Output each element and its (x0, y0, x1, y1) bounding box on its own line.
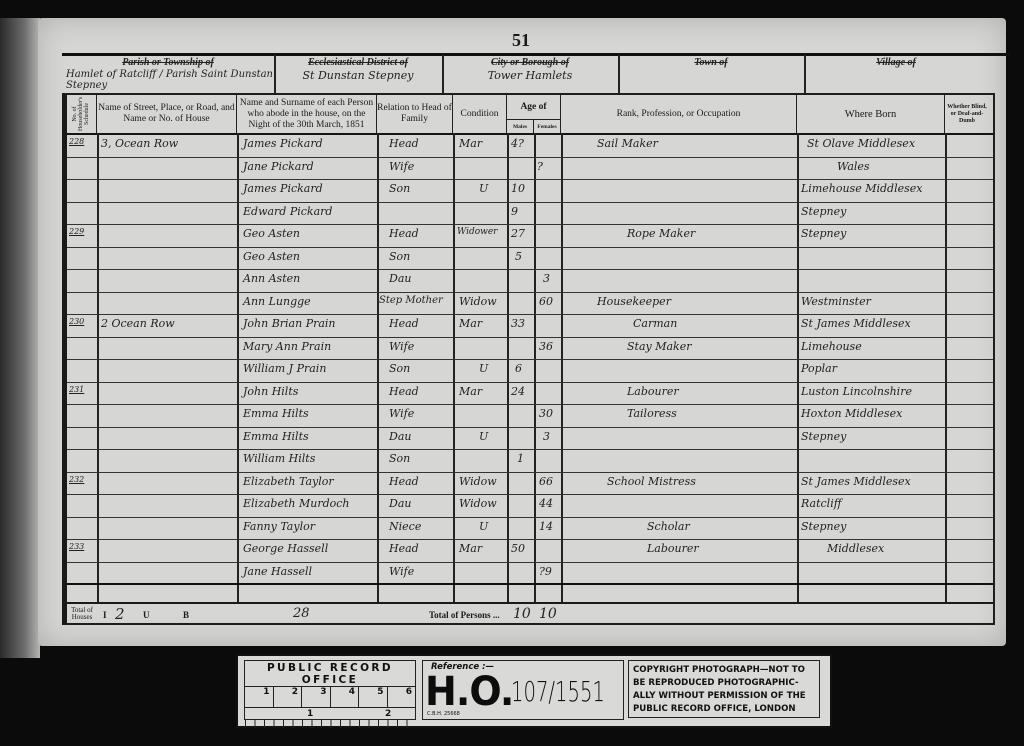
relation: Head (389, 385, 419, 398)
person-name: James Pickard (243, 137, 323, 150)
occupation: Carman (633, 317, 677, 330)
birthplace: Ratcliff (801, 497, 842, 510)
col-blind-header: Whether Blind, or Deaf-and-Dumb (945, 95, 989, 133)
public-record-office-stamp: PUBLIC RECORD OFFICE 1 2 3 4 5 6 1 2 Ref… (236, 654, 832, 728)
table-row: Emma Hilts Dau U 3 Stepney (67, 428, 993, 451)
birthplace: Stepney (801, 520, 846, 533)
ruler-mark: 2 (274, 687, 303, 707)
occupation: Rope Maker (627, 227, 695, 240)
table-row: Ann Asten Dau 3 (67, 270, 993, 293)
table-row: 233 George Hassell Head Mar 50 Labourer … (67, 540, 993, 563)
age-male: 27 (511, 227, 525, 240)
parish-box: Parish or Township of Hamlet of Ratcliff… (62, 55, 276, 93)
table-row: Geo Asten Son 5 (67, 248, 993, 271)
col-born-label: Where Born (845, 109, 897, 120)
relation: Son (389, 452, 410, 465)
ruler-mark: 5 (359, 687, 388, 707)
age-female: 60 (539, 295, 553, 308)
census-table: No. of Householder's Schedule Name of St… (62, 93, 995, 625)
col-condition-label: Condition (460, 109, 498, 120)
table-row: Emma Hilts Wife 30 Tailoress Hoxton Midd… (67, 405, 993, 428)
person-name: Elizabeth Taylor (243, 475, 334, 488)
col-occupation-label: Rank, Profession, or Occupation (617, 109, 741, 120)
cbh-code: C.B.H. 25668 (427, 711, 460, 717)
table-row: 228 3, Ocean Row James Pickard Head Mar … (67, 135, 993, 158)
person-name: Jane Hassell (243, 565, 312, 578)
person-name: Jane Pickard (243, 160, 314, 173)
col-blind-label: Whether Blind, or Deaf-and-Dumb (945, 104, 989, 125)
birthplace: Stepney (801, 227, 846, 240)
col-relation-label: Relation to Head of Family (377, 103, 452, 125)
table-row: 230 2 Ocean Row John Brian Prain Head Ma… (67, 315, 993, 338)
age-male: 10 (511, 182, 525, 195)
table-row: Elizabeth Murdoch Dau Widow 44 Ratcliff (67, 495, 993, 518)
relation: Wife (389, 160, 414, 173)
birthplace: Limehouse (801, 340, 862, 353)
table-row: Fanny Taylor Niece U 14 Scholar Stepney (67, 518, 993, 541)
series-code: H.O. (425, 669, 513, 715)
relation: Head (389, 475, 419, 488)
schedule-number: 230 (69, 317, 84, 326)
relation: Step Mother (379, 295, 443, 306)
age-male: 50 (511, 542, 525, 555)
person-name: Ann Lungge (243, 295, 311, 308)
relation: Wife (389, 340, 414, 353)
schedule-number: 233 (69, 542, 84, 551)
age-male: 1 (517, 452, 524, 465)
ruler-inch: 1 2 (245, 707, 415, 728)
occupation: Stay Maker (627, 340, 691, 353)
person-name: Geo Asten (243, 227, 300, 240)
table-row: William Hilts Son 1 (67, 450, 993, 473)
condition: U (479, 182, 488, 195)
person-name: George Hassell (243, 542, 328, 555)
schedule-number: 229 (69, 227, 84, 236)
pro-title: PUBLIC RECORD OFFICE (245, 662, 415, 686)
col-name-label: Name and Surname of each Person who abod… (237, 98, 376, 131)
inhabited-count: 2 (115, 605, 125, 623)
ecclesiastical-value: St Dunstan Stepney (274, 69, 442, 82)
ruler-cm: 1 2 3 4 5 6 (245, 686, 415, 707)
relation: Dau (389, 497, 411, 510)
birthplace: Stepney (801, 430, 846, 443)
age-male: 4? (511, 137, 524, 150)
person-name: James Pickard (243, 182, 323, 195)
name-col-tally: 28 (293, 606, 310, 621)
town-box: Town of (618, 55, 806, 93)
age-female: ? (537, 160, 543, 173)
inhabited-label: I (103, 610, 107, 620)
condition: Widower (457, 227, 497, 237)
age-male: 33 (511, 317, 525, 330)
col-females-label: Females (534, 120, 560, 134)
street-address: 2 Ocean Row (101, 317, 175, 330)
parish-label: Parish or Township of (62, 57, 274, 68)
condition: Mar (459, 317, 482, 330)
total-houses-label: Total of Houses (69, 607, 95, 621)
birthplace: Hoxton Middlesex (801, 407, 902, 420)
borough-label: City or Borough of (442, 57, 618, 68)
condition: Mar (459, 137, 482, 150)
parish-value: Hamlet of Ratcliff / Parish Saint Dunsta… (62, 69, 274, 91)
person-name: Ann Asten (243, 272, 300, 285)
village-box: Village of (804, 55, 988, 93)
birthplace: Westminster (801, 295, 871, 308)
total-males: 10 (513, 606, 531, 622)
street-address: 3, Ocean Row (101, 137, 178, 150)
col-age-label: Age of (520, 95, 546, 119)
person-name: Mary Ann Prain (243, 340, 331, 353)
person-name: Elizabeth Murdoch (243, 497, 350, 510)
birthplace: Luston Lincolnshire (801, 385, 912, 398)
age-female: 66 (539, 475, 553, 488)
occupation: School Mistress (607, 475, 696, 488)
occupation: Housekeeper (597, 295, 671, 308)
relation: Wife (389, 565, 414, 578)
col-schedule-header: No. of Householder's Schedule (67, 95, 97, 133)
person-name: John Hilts (243, 385, 298, 398)
schedule-number: 232 (69, 475, 84, 484)
ecclesiastical-box: Ecclesiastical District of St Dunstan St… (274, 55, 444, 93)
totals-row: Total of Houses I 2 U B 28 Total of Pers… (67, 602, 993, 625)
relation: Head (389, 542, 419, 555)
occupation: Tailoress (627, 407, 677, 420)
col-street-label: Name of Street, Place, or Road, and Name… (97, 103, 236, 125)
schedule-number: 231 (69, 385, 84, 394)
condition: Widow (459, 295, 497, 308)
ruler-mark: 1 (245, 687, 274, 707)
condition: U (479, 362, 488, 375)
col-street-header: Name of Street, Place, or Road, and Name… (97, 95, 237, 133)
col-schedule-label: No. of Householder's Schedule (73, 97, 91, 131)
occupation: Scholar (647, 520, 690, 533)
total-persons-label: Total of Persons ... (429, 610, 500, 620)
table-row: Ann Lungge Step Mother Widow 60 Housekee… (67, 293, 993, 316)
person-name: Fanny Taylor (243, 520, 315, 533)
piece-number: 107/1551 (511, 675, 605, 708)
person-name: Emma Hilts (243, 430, 309, 443)
relation: Head (389, 137, 419, 150)
relation: Head (389, 317, 419, 330)
person-name: William J Prain (243, 362, 326, 375)
col-born-header: Where Born (797, 95, 945, 133)
table-row: Jane Hassell Wife ?9 (67, 563, 993, 586)
table-row: Edward Pickard 9 Stepney (67, 203, 993, 226)
age-female: 30 (539, 407, 553, 420)
age-female: 3 (543, 272, 550, 285)
ruler-inch-mark: 2 (385, 709, 391, 719)
relation: Head (389, 227, 419, 240)
age-female: 44 (539, 497, 553, 510)
birthplace: Stepney (801, 205, 846, 218)
building-label: B (183, 610, 189, 620)
relation: Niece (389, 520, 421, 533)
occupation: Sail Maker (597, 137, 658, 150)
relation: Son (389, 182, 410, 195)
occupation: Labourer (627, 385, 679, 398)
age-male: 6 (515, 362, 522, 375)
page-edge (0, 18, 40, 658)
birthplace: Wales (837, 160, 870, 173)
age-female: 36 (539, 340, 553, 353)
total-females: 10 (539, 606, 557, 622)
birthplace: Poplar (801, 362, 837, 375)
occupation: Labourer (647, 542, 699, 555)
relation: Son (389, 362, 410, 375)
birthplace: Limehouse Middlesex (801, 182, 922, 195)
ecclesiastical-label: Ecclesiastical District of (274, 57, 442, 68)
col-age-header: Age of Males Females (507, 95, 561, 133)
copyright-notice: COPYRIGHT PHOTOGRAPH—NOT TO BE REPRODUCE… (628, 660, 820, 718)
relation: Wife (389, 407, 414, 420)
copyright-line: ALLY WITHOUT PERMISSION OF THE (633, 690, 815, 703)
ruler-mark: 3 (302, 687, 331, 707)
age-male: 24 (511, 385, 525, 398)
condition: Widow (459, 475, 497, 488)
age-male: 9 (511, 205, 518, 218)
schedule-number: 228 (69, 137, 84, 146)
table-row: Mary Ann Prain Wife 36 Stay Maker Limeho… (67, 338, 993, 361)
borough-value: Tower Hamlets (442, 69, 618, 82)
birthplace: Middlesex (827, 542, 884, 555)
village-label: Village of (804, 57, 988, 68)
relation: Dau (389, 430, 411, 443)
age-female: ?9 (539, 565, 552, 578)
age-female: 3 (543, 430, 550, 443)
copyright-line: COPYRIGHT PHOTOGRAPH—NOT TO (633, 664, 815, 677)
table-row: 232 Elizabeth Taylor Head Widow 66 Schoo… (67, 473, 993, 496)
birthplace: St James Middlesex (801, 317, 911, 330)
age-female: 14 (539, 520, 553, 533)
condition: U (479, 430, 488, 443)
borough-box: City or Borough of Tower Hamlets (442, 55, 620, 93)
ruler-inch-mark: 1 (307, 709, 313, 719)
relation: Dau (389, 272, 411, 285)
ruler-mark: 6 (388, 687, 416, 707)
table-row: James Pickard Son U 10 Limehouse Middles… (67, 180, 993, 203)
table-row: Jane Pickard Wife ? Wales (67, 158, 993, 181)
person-name: John Brian Prain (243, 317, 336, 330)
age-male: 5 (515, 250, 522, 263)
pro-ruler-box: PUBLIC RECORD OFFICE 1 2 3 4 5 6 1 2 (244, 660, 416, 720)
table-row: 229 Geo Asten Head Widower 27 Rope Maker… (67, 225, 993, 248)
person-name: Edward Pickard (243, 205, 332, 218)
col-males-label: Males (507, 120, 534, 134)
birthplace: St James Middlesex (801, 475, 911, 488)
relation: Son (389, 250, 410, 263)
table-row: William J Prain Son U 6 Poplar (67, 360, 993, 383)
uninhabited-label: U (143, 610, 150, 620)
col-relation-header: Relation to Head of Family (377, 95, 453, 133)
condition: Mar (459, 542, 482, 555)
col-occupation-header: Rank, Profession, or Occupation (561, 95, 797, 133)
copyright-line: BE REPRODUCED PHOTOGRAPHIC- (633, 677, 815, 690)
town-label: Town of (618, 57, 804, 68)
person-name: William Hilts (243, 452, 315, 465)
reference-box: Reference :— H.O. 107/1551 C.B.H. 25668 (422, 660, 624, 720)
ruler-mark: 4 (331, 687, 360, 707)
copyright-line: PUBLIC RECORD OFFICE, LONDON (633, 703, 815, 716)
col-name-header: Name and Surname of each Person who abod… (237, 95, 377, 133)
condition: U (479, 520, 488, 533)
condition: Widow (459, 497, 497, 510)
person-name: Geo Asten (243, 250, 300, 263)
folio-number: 51 (512, 30, 530, 51)
condition: Mar (459, 385, 482, 398)
col-condition-header: Condition (453, 95, 507, 133)
person-name: Emma Hilts (243, 407, 309, 420)
birthplace: St Olave Middlesex (807, 137, 915, 150)
table-row: 231 John Hilts Head Mar 24 Labourer Lust… (67, 383, 993, 406)
